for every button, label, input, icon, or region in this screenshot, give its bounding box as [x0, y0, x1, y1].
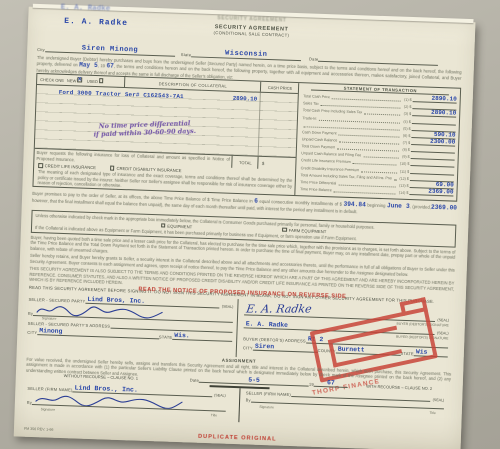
statement-row-number: (1)	[404, 98, 409, 102]
promise-in-label: Time Price Balance in	[211, 197, 253, 203]
buyer-handwritten-signature: E. A. Radke	[245, 303, 312, 316]
collateral-and-statement-table: CHECK ONE NEW x USED DESCRIPTION OF COLL…	[32, 73, 461, 202]
buyer-county-value: Burnett	[338, 346, 365, 354]
seller-name: Lind Bros, Inc.	[87, 296, 145, 305]
statement-row-value: 2369.00	[409, 188, 453, 197]
statement-row-number: (7)	[403, 141, 408, 145]
collateral-description: Ford 3000 Tractor Ser# C162543-7A1	[59, 88, 184, 99]
dollar-sign: $	[408, 148, 410, 152]
dollar-sign: $	[409, 98, 411, 102]
intro-year-prefix: 19	[100, 63, 105, 68]
dollar-sign: $	[407, 184, 409, 188]
date-label: Date	[309, 56, 318, 61]
statement-box: STATEMENT OF TRANSACTION Total Cash Pric…	[296, 83, 460, 201]
buyer-state-field: Wis	[414, 348, 448, 357]
form-title-block: SECURITY AGREEMENT SECURITY AGREEMENT (C…	[28, 9, 475, 45]
scanned-form-paper: E. A. Radke E. A. Radke SECURITY AGREEME…	[14, 7, 476, 449]
statement-row-number: (6)	[403, 134, 408, 138]
dollar-sign: $	[408, 141, 410, 145]
assignor-block: SELLER (FIRM NAME) Lind Bros., Inc. (SEA…	[24, 381, 232, 422]
firm-label-right: SELLER (FIRM NAME)	[246, 390, 291, 397]
installment-amount: 394.84	[343, 201, 366, 209]
assignor-firm-name: Lind Bros., Inc.	[74, 384, 138, 393]
dollar-sign: $	[409, 112, 411, 116]
buyer-signature-column: E. A. Radke (SEAL) BUYER (DEBTOR'S) SIGN…	[236, 299, 454, 365]
dollar-sign: $	[407, 162, 409, 166]
used-checkbox[interactable]	[99, 78, 104, 83]
buyer-seal-1: (SEAL)	[437, 318, 449, 322]
without-recourse-label: WITHOUT RECOURSE – CLAUSE NO. 1	[26, 372, 176, 382]
total-label: TOTAL	[232, 156, 258, 169]
buyer-city-label: CITY	[243, 345, 253, 350]
statement-row-number: (10)	[400, 162, 407, 166]
no-time-price-stamp: No time price differential if paid withi…	[93, 119, 196, 139]
buyer-city-field: Siren	[253, 343, 318, 353]
statement-row-number: (13)	[399, 183, 406, 187]
city-field: Siren Minong	[45, 43, 175, 57]
used-label: USED	[87, 78, 98, 83]
seller-city-value: Minong	[39, 327, 62, 335]
assignee-seal: (SEAL)	[433, 398, 445, 402]
check-one-label: CHECK ONE	[40, 77, 64, 83]
statement-row-label: Sales Tax	[303, 102, 319, 107]
dotted-leader	[394, 177, 396, 181]
city-label: City	[37, 47, 45, 52]
assignment-date-label: Date	[190, 377, 199, 382]
buyer-address-value: Rt 2	[308, 336, 324, 344]
intro-date-value: May 5	[79, 62, 98, 70]
cash-price-header: CASH PRICE	[260, 82, 298, 93]
buyer-state-value: Wis	[416, 348, 428, 355]
begin-date: June 3	[387, 202, 410, 210]
dollar-sign: $	[407, 177, 409, 181]
credit-disability-checkbox[interactable]	[110, 166, 115, 171]
seller-city-label: CITY	[27, 330, 37, 335]
dollar-sign: $	[409, 127, 411, 131]
county-label: COUNTY	[318, 348, 336, 354]
statement-row-number: (5)	[403, 126, 408, 130]
assignee-title-caption: Title	[429, 411, 435, 415]
assignee-signature-caption: Signature	[259, 405, 274, 410]
assignee-block: SELLER (FIRM NAME) (SEAL) By Signature T…	[231, 388, 451, 430]
dotted-leader	[334, 189, 396, 195]
installment-count: 6	[254, 198, 258, 205]
assignor-signature-caption: Signature	[41, 407, 56, 412]
statement-row-label: Time Price Balance	[300, 187, 332, 192]
assignment-year-value: 67	[327, 379, 335, 386]
dollar-sign: $	[408, 134, 410, 138]
statement-row-number: (11)	[400, 169, 406, 173]
statement-row-value: 2890.10	[412, 109, 456, 118]
statement-row-number: (4)	[403, 119, 408, 123]
statement-rows: Total Cash Price(1)$2890.10Sales Tax(2)$…	[300, 91, 457, 196]
dollar-sign: $	[408, 155, 410, 159]
seal-label: (SEAL)	[222, 305, 234, 309]
collateral-entry-area: Ford 3000 Tractor Ser# C162543-7A1 2890.…	[35, 85, 299, 157]
statement-row-number: (9)	[402, 155, 407, 159]
collateral-price: 2890.10	[233, 94, 258, 102]
statement-row-number: (12)	[399, 176, 406, 180]
seller-state-field: Wis.	[172, 332, 232, 342]
assignment-date-value: 5-5	[248, 377, 260, 384]
city-value: Siren Minong	[82, 44, 139, 54]
state-label: State	[181, 52, 192, 57]
dollar-sign: $	[409, 105, 411, 109]
buyer-county-field: Burnett	[336, 346, 401, 356]
intro-year-value: 67	[106, 63, 113, 70]
statement-row-number: (14)	[399, 191, 406, 195]
new-checkbox[interactable]: x	[77, 78, 82, 83]
buyer-state-label: STATE	[400, 351, 413, 356]
with-recourse-label: WITH RECOURSE – CLAUSE NO. 2	[348, 383, 451, 392]
photo-of-document: { "colors": { "background": "#b5b2a7", "…	[0, 0, 500, 449]
statement-row-number: (3)	[404, 112, 409, 116]
new-label: NEW	[67, 77, 77, 82]
beginning-label: beginning	[367, 203, 385, 209]
credit-life-checkbox[interactable]	[38, 163, 43, 168]
state-field: Wisconsin	[191, 48, 301, 61]
seller-state-value: Wis.	[174, 332, 190, 340]
farm-equipment-checkbox[interactable]	[282, 227, 287, 232]
state-value: Wisconsin	[225, 50, 268, 59]
seller-signature-column: SELLER - SECURED PARTY Lind Bros, Inc. (…	[27, 292, 238, 357]
statement-row-value: 2300.00	[411, 138, 455, 147]
assignor-title-caption: Title	[211, 413, 217, 417]
assignment-year-field: 67	[314, 379, 348, 388]
dollar-sign: $	[407, 169, 409, 173]
buyer-city-value: Siren	[255, 343, 274, 351]
statement-row-number: (8)	[402, 148, 407, 152]
farm-equipment-label: FARM EQUIPMENT	[289, 228, 327, 234]
equipment-option: EQUIPMENT	[161, 223, 193, 230]
assignor-seal: (SEAL)	[214, 393, 226, 397]
new-check-mark: x	[78, 75, 82, 82]
equipment-checkbox[interactable]	[161, 223, 166, 228]
buyer-typed-name: E. A. Radke	[246, 320, 288, 328]
firm-label-left: SELLER (FIRM NAME)	[27, 386, 72, 393]
buyer-seal-2: (SEAL)	[437, 331, 449, 335]
equipment-label: EQUIPMENT	[167, 223, 192, 229]
collateral-box: CHECK ONE NEW x USED DESCRIPTION OF COLL…	[33, 74, 299, 195]
statement-row-value: 2890.10	[413, 95, 457, 104]
duplicate-original-label: DUPLICATE ORIGINAL	[14, 427, 461, 449]
seller-state-label: STATE	[159, 334, 172, 339]
dollar-sign: $	[409, 120, 411, 124]
time-price-balance-repeat: 2369.00	[431, 204, 457, 213]
statement-row-label: Trade-In:	[302, 116, 317, 121]
statement-row-number: (2)	[404, 105, 409, 109]
dollar-sign: $	[406, 191, 408, 195]
